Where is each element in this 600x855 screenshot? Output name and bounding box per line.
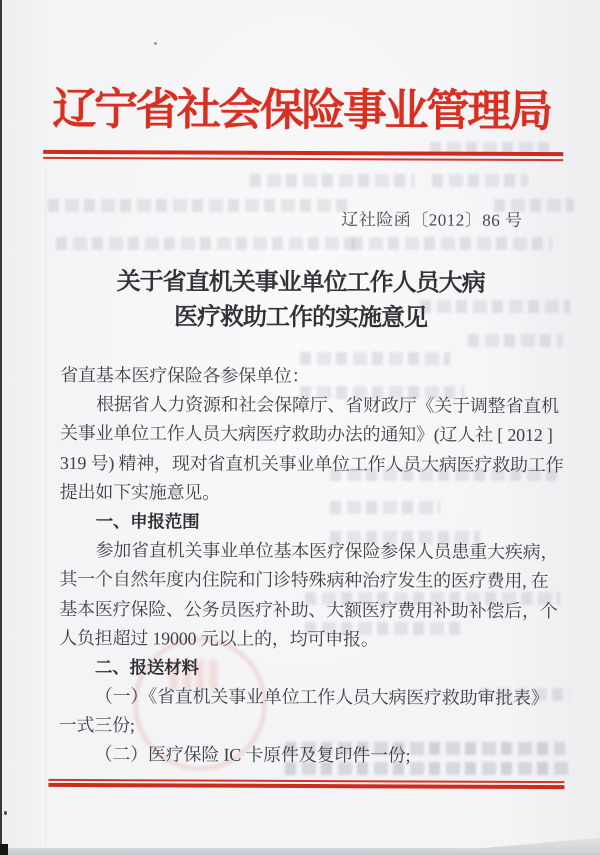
document-content: 辽宁省社会保险事业管理局 辽社险函〔2012〕86 号 关于省直机关事业单位工作…	[0, 0, 600, 855]
dust-speck	[154, 42, 157, 45]
body-line: （二）医疗保险 IC 卡原件及复印件一份;	[59, 740, 565, 771]
body-line: 省直基本医疗保险各参保单位：	[60, 361, 566, 392]
red-footer-rule	[48, 779, 564, 789]
scan-edge-chip	[0, 844, 8, 855]
document-number: 辽社险函〔2012〕86 号	[301, 205, 563, 231]
body-line: 319 号) 精神，现对省直机关事业单位工作人员大病医疗救助工作	[60, 449, 566, 480]
document-title-line2: 医疗救助工作的实施意见	[0, 300, 600, 338]
body-line: 二、报送材料	[59, 653, 565, 684]
body-line: 提出如下实施意见。	[60, 478, 566, 509]
scan-edge-left	[0, 0, 2, 849]
dust-speck	[4, 811, 7, 815]
body-line: 根据省人力资源和社会保障厅、省财政厅《关于调整省直机	[60, 390, 566, 421]
document-body: 省直基本医疗保险各参保单位：根据省人力资源和社会保障厅、省财政厅《关于调整省直机…	[59, 361, 567, 772]
body-line: 一式三份;	[59, 711, 565, 742]
red-rule-thick	[48, 783, 564, 789]
red-header-rule	[43, 150, 563, 161]
agency-header: 辽宁省社会保险事业管理局	[1, 73, 600, 140]
body-line: （一）《省直机关事业单位工作人员大病医疗救助审批表》	[59, 682, 565, 713]
paper-fold-line	[45, 165, 46, 845]
body-line: 关事业单位工作人员大病医疗救助办法的通知》(辽人社 [ 2012 ]	[60, 419, 566, 450]
document-title: 关于省直机关事业单位工作人员大病 医疗救助工作的实施意见	[0, 265, 600, 338]
body-line: 参加省直机关事业单位基本医疗保险参保人员患重大疾病，	[59, 536, 565, 567]
body-line: 人负担超过 19000 元以上的，均可申报。	[59, 624, 565, 655]
scanned-document-page: 辽宁省社会保险事业管理局 辽社险函〔2012〕86 号 关于省直机关事业单位工作…	[0, 0, 600, 855]
body-line: 基本医疗保险、公务员医疗补助、大额医疗费用补助补偿后，个	[59, 594, 565, 625]
body-line: 其一个自然年度内住院和门诊特殊病种治疗发生的医疗费用, 在	[59, 565, 565, 596]
document-title-line1: 关于省直机关事业单位工作人员大病	[1, 265, 600, 303]
body-line: 一、申报范围	[60, 507, 566, 538]
